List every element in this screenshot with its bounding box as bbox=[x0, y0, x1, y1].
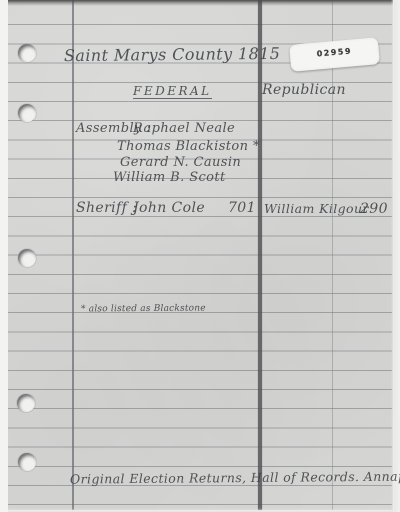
binder-hole bbox=[18, 453, 36, 471]
binder-hole bbox=[18, 44, 36, 62]
sheriff-federal-candidate: John Cole bbox=[133, 201, 205, 215]
sheriff-office-label: Sheriff : bbox=[76, 201, 137, 215]
binder-hole bbox=[17, 394, 35, 412]
binder-hole bbox=[18, 249, 36, 267]
column-header-federal: FEDERAL bbox=[133, 85, 212, 99]
bottom-paper-edge bbox=[8, 508, 393, 512]
column-divider-line bbox=[258, 0, 262, 510]
catalog-number: 02959 bbox=[316, 46, 352, 58]
source-note: Original Election Returns, Hall of Recor… bbox=[70, 470, 400, 486]
binder-hole bbox=[18, 104, 36, 122]
sheriff-republican-votes: 290 bbox=[360, 202, 388, 216]
sheriff-republican-candidate: William Kilgour bbox=[264, 203, 369, 216]
left-margin-line bbox=[72, 0, 74, 510]
right-faint-line bbox=[332, 0, 333, 510]
right-paper-edge bbox=[391, 0, 400, 512]
top-scan-shadow bbox=[8, 0, 393, 6]
footnote: * also listed as Blackstone bbox=[81, 305, 206, 315]
column-header-republican: Republican bbox=[262, 83, 346, 97]
assembly-candidate: Raphael Neale bbox=[133, 122, 235, 135]
scanned-document: 02959 Saint Marys County 1815 FEDERAL Re… bbox=[0, 0, 400, 512]
assembly-candidate: Gerard N. Causin bbox=[120, 156, 241, 169]
page-title: Saint Marys County 1815 bbox=[64, 46, 280, 64]
assembly-candidate: Thomas Blackiston * bbox=[117, 140, 260, 153]
sheriff-federal-votes: 701 bbox=[228, 201, 256, 215]
assembly-candidate: William B. Scott bbox=[113, 171, 226, 184]
